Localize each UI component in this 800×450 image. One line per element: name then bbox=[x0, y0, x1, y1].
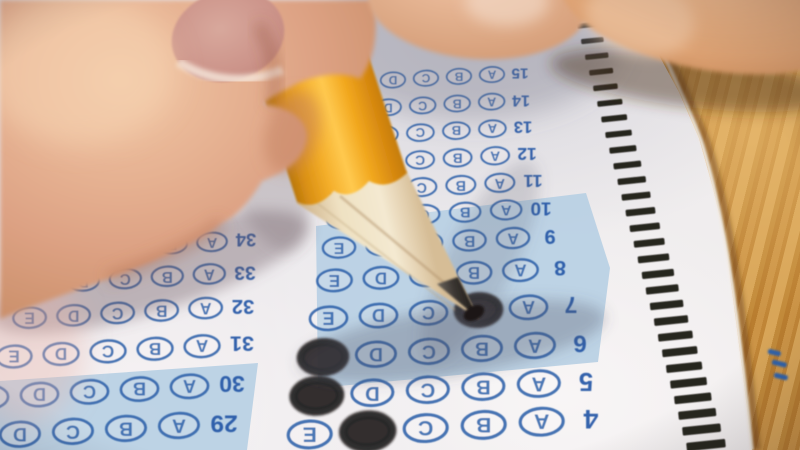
vignette bbox=[0, 0, 800, 450]
scene-art: 15ABCDE14ABCDE13ABCDE12ABCDE11ABCDE10ABC… bbox=[0, 0, 800, 450]
photo-scene: 15ABCDE14ABCDE13ABCDE12ABCDE11ABCDE10ABC… bbox=[0, 0, 800, 450]
